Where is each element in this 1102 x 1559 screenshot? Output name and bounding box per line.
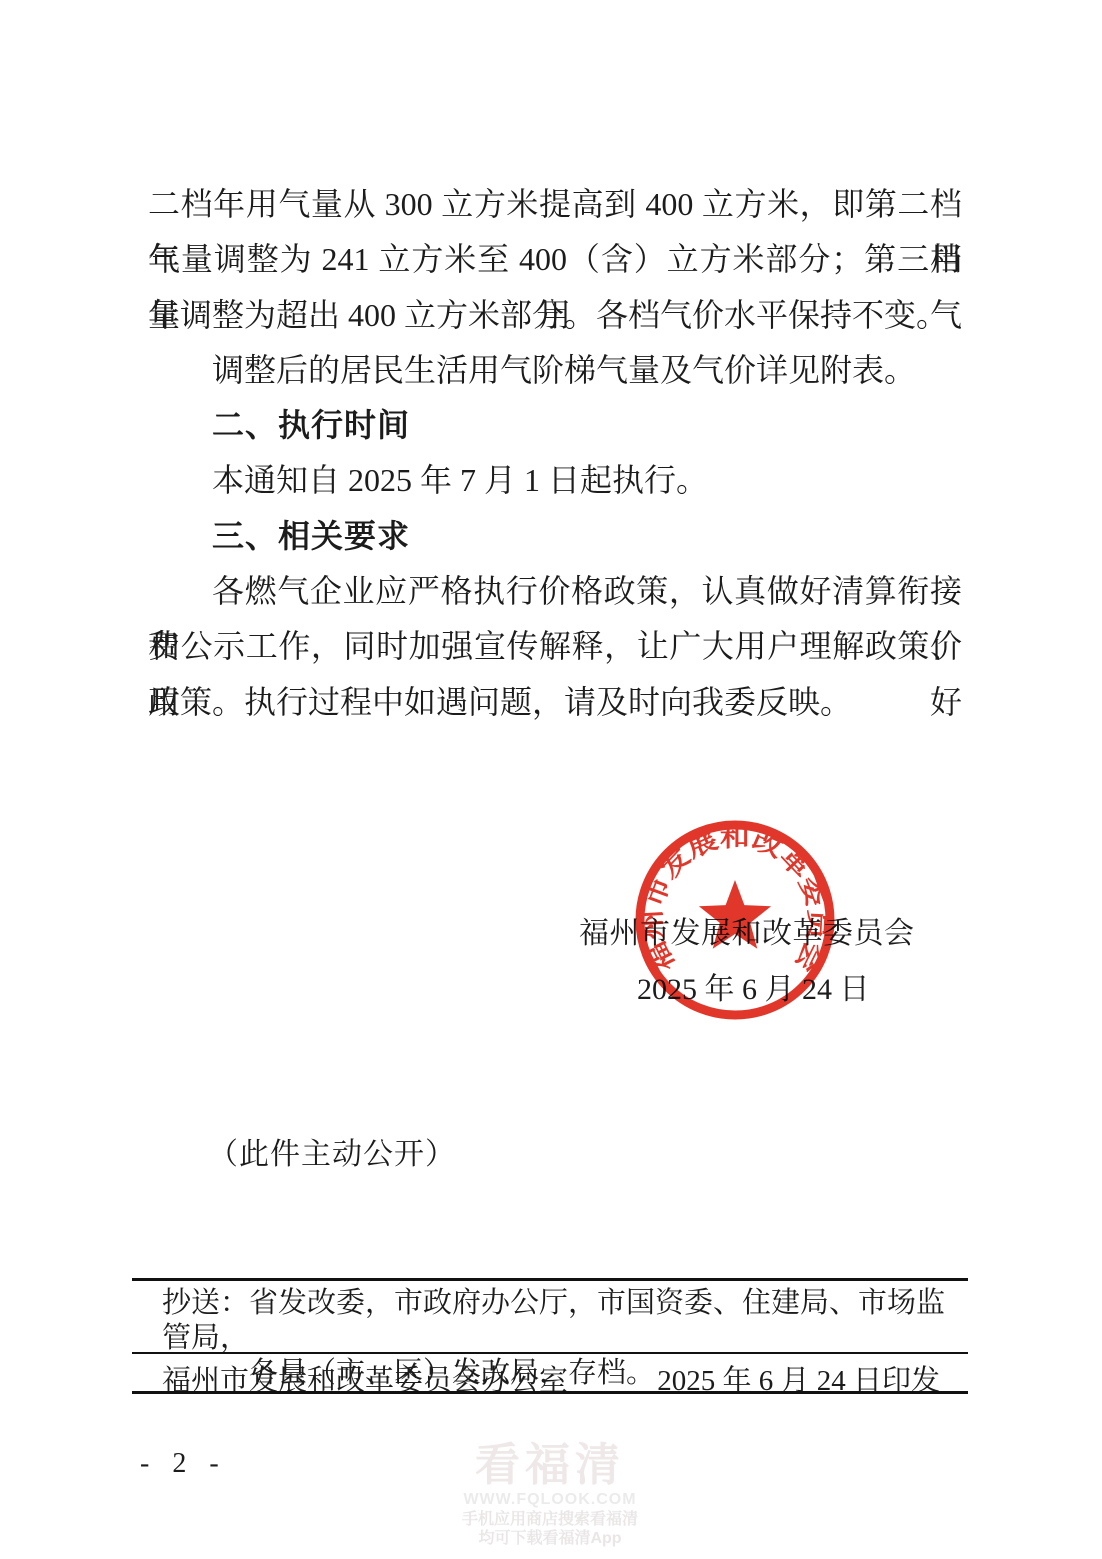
page-number: - 2 - [140,1448,227,1480]
official-seal-stamp: 福州市发展和改革委员会 [635,813,835,1027]
watermark-line1: 手机应用商店搜索看福清 [410,1510,690,1529]
paragraph1-line1: 二档年用气量从 300 立方米提高到 400 立方米，即第二档年用 [148,177,962,232]
footer-bottom-rule [132,1391,968,1394]
cc-line1: 抄送：省发改委，市政府办公厅，市国资委、住建局、市场监管局， [162,1286,962,1356]
paragraph4-line2: 费公示工作，同时加强宣传解释，让广大用户理解政策、用好 [148,619,962,674]
watermark-url: WWW.FQLOOK.COM [410,1490,690,1510]
document-page: 二档年用气量从 300 立方米提高到 400 立方米，即第二档年用 气量调整为 … [0,0,1102,1559]
footer-top-rule [132,1278,968,1281]
section-heading-2: 二、执行时间 [148,398,962,453]
watermark-line2: 均可下载看福清App [410,1529,690,1548]
document-body: 二档年用气量从 300 立方米提高到 400 立方米，即第二档年用 气量调整为 … [148,177,962,730]
paragraph2: 调整后的居民生活用气阶梯气量及气价详见附表。 [148,343,962,398]
paragraph3: 本通知自 2025 年 7 月 1 日起执行。 [148,453,962,508]
paragraph4-line1: 各燃气企业应严格执行价格政策，认真做好清算衔接和价 [148,564,962,619]
disclosure-note: （此件主动公开） [208,1129,456,1173]
watermark-title: 看福清 [410,1440,690,1490]
section-heading-3: 三、相关要求 [148,509,962,564]
paragraph4-line3: 政策。执行过程中如遇问题，请及时向我委反映。 [148,675,962,730]
site-watermark: 看福清 WWW.FQLOOK.COM 手机应用商店搜索看福清 均可下载看福清Ap… [410,1440,690,1548]
footer-middle-rule [132,1352,968,1354]
seal-star-icon [699,880,771,949]
paragraph1-line3: 量调整为超出 400 立方米部分。各档气价水平保持不变。 [148,288,962,343]
paragraph1-line2: 气量调整为 241 立方米至 400（含）立方米部分；第三档年用气 [148,232,962,287]
